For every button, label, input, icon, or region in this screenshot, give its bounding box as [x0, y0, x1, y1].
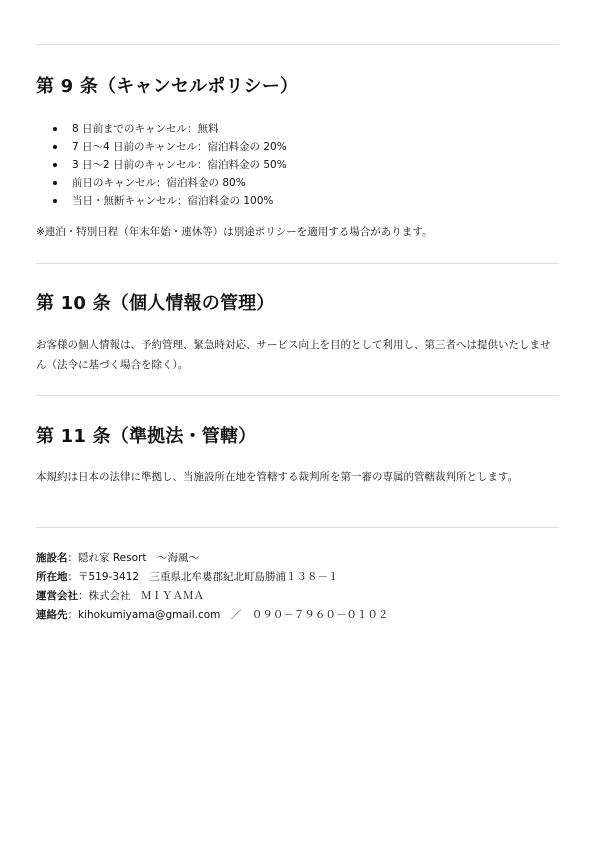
- facility-info: 施設名：隠れ家 Resort ～海風～ 所在地：〒519-3412 三重県北牟婁…: [36, 549, 559, 625]
- list-item: 3 日～2 日前のキャンセル：宿泊料金の 50%: [36, 156, 287, 174]
- divider-footer: [36, 527, 559, 528]
- section-heading-cancellation-policy: 第 9 条（キャンセルポリシー）: [36, 76, 298, 98]
- bullet-icon: [53, 181, 57, 185]
- facility-name-value: 隠れ家 Resort ～海風～: [78, 552, 199, 564]
- section-heading-personal-info: 第 10 条（個人情報の管理）: [36, 293, 275, 315]
- list-item-text: 3 日～2 日前のキャンセル：宿泊料金の 50%: [72, 159, 287, 171]
- contact-row: 連絡先：kihokumiyama@gmail.com ／ ０９０－７９６０－０１…: [36, 606, 559, 625]
- bullet-icon: [53, 163, 57, 167]
- divider-section-9-10: [36, 263, 559, 264]
- divider-section-10-11: [36, 395, 559, 396]
- cancellation-note: ※連泊・特別日程（年末年始・連休等）は別途ポリシーを適用する場合があります。: [36, 222, 559, 242]
- section-heading-governing-law: 第 11 条（準拠法・管轄）: [36, 426, 256, 448]
- operator-label: 運営会社: [36, 590, 78, 602]
- separator: ：: [68, 609, 79, 621]
- list-item-text: 7 日～4 日前のキャンセル：宿泊料金の 20%: [72, 141, 287, 153]
- address-value: 〒519-3412 三重県北牟婁郡紀北町島勝浦１３８－１: [78, 571, 339, 583]
- separator: ：: [68, 552, 79, 564]
- personal-info-body: お客様の個人情報は、予約管理、緊急時対応、サービス向上を目的として利用し、第三者…: [36, 335, 559, 375]
- separator: ：: [68, 571, 79, 583]
- list-item-text: 前日のキャンセル：宿泊料金の 80%: [72, 177, 246, 189]
- contact-value: kihokumiyama@gmail.com ／ ０９０－７９６０－０１０２: [78, 609, 388, 621]
- facility-name-label: 施設名: [36, 552, 68, 564]
- list-item-text: 当日・無断キャンセル：宿泊料金の 100%: [72, 195, 273, 207]
- address-row: 所在地：〒519-3412 三重県北牟婁郡紀北町島勝浦１３８－１: [36, 568, 559, 587]
- list-item: 7 日～4 日前のキャンセル：宿泊料金の 20%: [36, 138, 287, 156]
- operator-value: 株式会社 ＭＩＹＡＭＡ: [89, 590, 205, 602]
- operator-row: 運営会社：株式会社 ＭＩＹＡＭＡ: [36, 587, 559, 606]
- contact-label: 連絡先: [36, 609, 68, 621]
- cancellation-fee-list: 8 日前までのキャンセル：無料 7 日～4 日前のキャンセル：宿泊料金の 20%…: [36, 120, 287, 210]
- list-item: 前日のキャンセル：宿泊料金の 80%: [36, 174, 287, 192]
- list-item-text: 8 日前までのキャンセル：無料: [72, 123, 219, 135]
- list-item: 8 日前までのキャンセル：無料: [36, 120, 287, 138]
- facility-name-row: 施設名：隠れ家 Resort ～海風～: [36, 549, 559, 568]
- bullet-icon: [53, 127, 57, 131]
- governing-law-body: 本規約は日本の法律に準拠し、当施設所在地を管轄する裁判所を第一審の専属的管轄裁判…: [36, 467, 559, 487]
- separator: ：: [78, 590, 89, 602]
- bullet-icon: [53, 145, 57, 149]
- list-item: 当日・無断キャンセル：宿泊料金の 100%: [36, 192, 287, 210]
- address-label: 所在地: [36, 571, 68, 583]
- divider-top: [36, 44, 559, 45]
- bullet-icon: [53, 199, 57, 203]
